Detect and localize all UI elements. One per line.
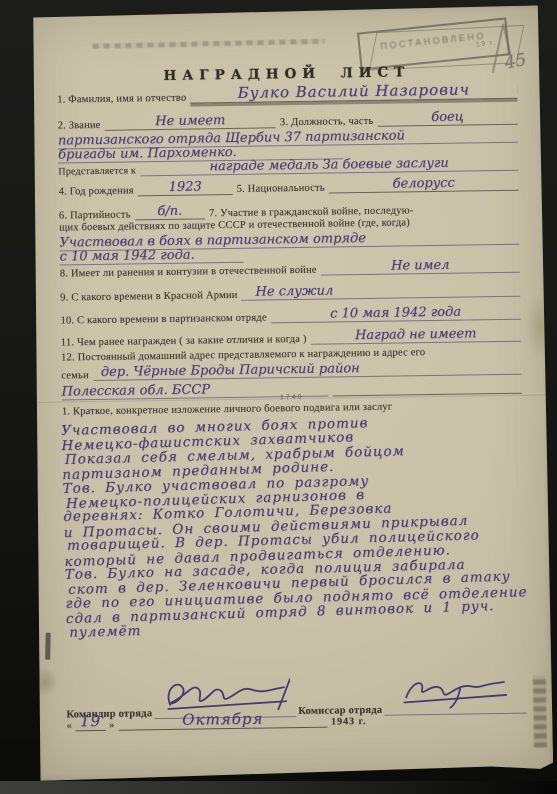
background-bottom-band bbox=[0, 781, 557, 794]
red-army-label: 9. С какого времени в Красной Армии bbox=[60, 290, 237, 304]
prior-awards-value: Наград не имеет bbox=[311, 327, 521, 345]
rank-label: 2. Звание bbox=[58, 120, 101, 132]
quote-open: « bbox=[66, 720, 72, 731]
wounds-label: 8. Имеет ли ранения и контузии в отечест… bbox=[60, 265, 317, 280]
date-month: Октября bbox=[118, 711, 327, 731]
partisan-since-value: с 10 мая 1942 года bbox=[271, 305, 521, 324]
form-row-birth-nationality: 4. Год рождения 1923 5. Национальность б… bbox=[59, 176, 519, 198]
position-value: боец bbox=[377, 110, 517, 127]
date-year: 1943 г. bbox=[331, 716, 367, 728]
birth-year-label: 4. Год рождения bbox=[59, 185, 134, 197]
document-paper: ПОСТАНОВЛЕНО 19 г. 45 НАГРАДНОЙ ЛИСТ 1. … bbox=[26, 5, 553, 781]
commander-signature bbox=[160, 677, 290, 713]
date-row: « 19 » Октября 1943 г. bbox=[66, 708, 366, 731]
paper-stain bbox=[32, 667, 58, 697]
form-row-prior-awards: 11. Чем ранее награжден ( за какие отлич… bbox=[61, 327, 521, 349]
photo-background: ПОСТАНОВЛЕНО 19 г. 45 НАГРАДНОЙ ЛИСТ 1. … bbox=[0, 0, 557, 794]
form-row-name: 1. Фамилия, имя и отчество Булко Василий… bbox=[57, 82, 517, 106]
document-content: НАГРАДНОЙ ЛИСТ 1. Фамилия, имя и отчеств… bbox=[56, 6, 527, 781]
partisan-since-label: 10. С какого времени в партизанском отря… bbox=[60, 312, 266, 326]
form-row-partisan-since: 10. С какого времени в партизанском отря… bbox=[60, 305, 520, 327]
party-label: 6. Партийность bbox=[59, 209, 131, 221]
name-label: 1. Фамилия, имя и отчество bbox=[57, 93, 186, 106]
address-label-2: семьи bbox=[61, 370, 89, 381]
margin-ink-mark bbox=[45, 633, 51, 660]
edge-stamp-smudge bbox=[533, 675, 547, 747]
paper-stain bbox=[524, 291, 555, 361]
party-value: б/п. bbox=[135, 204, 206, 220]
presented-label: Представляется к bbox=[58, 165, 136, 177]
birth-year-value: 1923 bbox=[138, 180, 233, 196]
prior-awards-label: 11. Чем ранее награжден ( за какие отлич… bbox=[61, 334, 307, 349]
name-value: Булко Василий Назарович bbox=[190, 82, 517, 104]
feat-narrative: Участвовал во многих боях против Немецко… bbox=[61, 412, 526, 640]
rank-value: Не имеет bbox=[104, 113, 276, 131]
position-label: 3. Должность, часть bbox=[280, 116, 374, 128]
form-row-red-army: 9. С какого времени в Красной Армии Не с… bbox=[60, 282, 520, 304]
commissar-signature bbox=[400, 674, 510, 710]
date-day: 19 bbox=[76, 712, 105, 731]
commissar-signature-line bbox=[384, 674, 527, 716]
nationality-value: белорусс bbox=[329, 176, 519, 194]
quote-close: » bbox=[109, 720, 115, 731]
nationality-label: 5. Национальность bbox=[237, 183, 325, 195]
red-army-value: Не служил bbox=[241, 282, 520, 301]
wounds-value: Не имел bbox=[321, 258, 520, 276]
